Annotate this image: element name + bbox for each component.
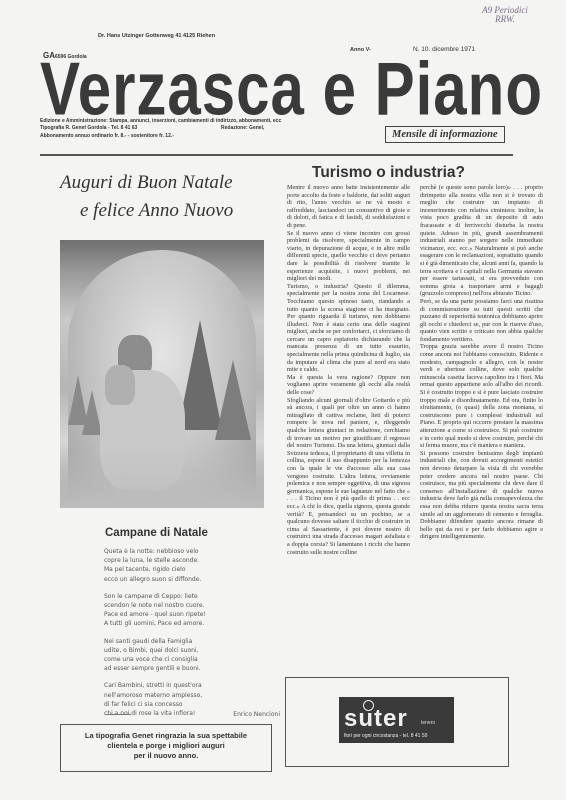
poem-line: nell'amoroso materno amplesso,: [104, 692, 202, 699]
poem-line: A tutti gli uomini, Pace ed amore.: [104, 620, 204, 627]
subtitle-box: Mensile di informazione: [385, 126, 505, 143]
article-column-2: perchè (e queste sono parole loro)» . . …: [420, 184, 543, 672]
tree-icon: [215, 360, 251, 440]
annotation-line2: RRW.: [470, 15, 540, 24]
thanks-line: per il nuovo anno.: [61, 751, 271, 761]
poem-line: copre la luna, le stelle asconde.: [104, 557, 199, 564]
article-paragraph: perchè (e queste sono parole loro)» . . …: [420, 184, 543, 298]
subscription-info: Abbonamento annuo ordinario fr. 8.- - so…: [40, 133, 174, 139]
suter-ad[interactable]: suter tenero fiori per ogni circostanza …: [339, 697, 454, 743]
poem-author: Enrico Nencioni: [200, 710, 280, 719]
poem-stanza: Queta è la notte: nebbioso velo copre la…: [104, 547, 274, 584]
thanks-box: La tipografia Genet ringrazia la sua spe…: [60, 724, 272, 772]
tree-icon: [82, 390, 102, 435]
snow-ground: [60, 448, 264, 508]
printer-info: Tipografia R. Genet Gordola - Tel. 8 41 …: [40, 125, 137, 131]
thanks-line: La tipografia Genet ringrazia la sua spe…: [61, 731, 271, 741]
poem-line: Son le campane di Ceppo: liete: [104, 593, 198, 600]
poem-line: di far felici ci sia concesso: [104, 701, 183, 708]
ad-tagline: fiori per ogni circostanza - tel. 8 41 5…: [344, 733, 427, 739]
poem-line: Nei santi gaudi della Famiglia: [104, 638, 192, 645]
poem-line: come una voce che ci consiglia: [104, 656, 198, 663]
poem-line: Cari Bambini, stretti in quest'ora: [104, 682, 202, 689]
article-title: Turismo o industria?: [312, 164, 465, 182]
poem-line: ecco un allegro suon si diffonde.: [104, 576, 201, 583]
publisher-info-line: Edizione e Amministrazione: Stampa, annu…: [40, 118, 281, 124]
article-paragraph: Però, se da una parte possiamo farci una…: [420, 298, 543, 344]
poem-line: Pace ed amore - quel suon ripete!: [104, 611, 206, 618]
article-paragraph: Turismo, o industria? Questo il dilemma,…: [287, 283, 410, 374]
recipient-address: Dr. Hans Utzinger Gottenweg 41 4125 Rieh…: [98, 33, 215, 39]
article-paragraph: Si possono costruire benissimo degli imp…: [420, 450, 543, 541]
article-paragraph: Ma è questa la vera ragione? Oppure non …: [287, 374, 410, 397]
greeting-line2: e felice Anno Nuovo: [80, 200, 233, 222]
article-paragraph: Mentre il nuovo anno batte insistentemen…: [287, 184, 410, 230]
advertisement-box: suter tenero fiori per ogni circostanza …: [285, 677, 509, 767]
masthead-title: Verzasca e Piano: [40, 52, 543, 127]
poem-line: ad esser sempre gentili e buoni.: [104, 665, 201, 672]
poem-line: udite, o Bimbi, quei dolci suoni,: [104, 647, 199, 654]
child-figure: [105, 365, 135, 405]
madonna-with-child-illustration-icon: [60, 240, 264, 508]
thanks-line: clientela e porge i migliori auguri: [61, 741, 271, 751]
poem-body: Queta è la notte: nebbioso velo copre la…: [104, 547, 274, 718]
poem-line: Queta è la notte: nebbioso velo: [104, 548, 199, 555]
poem-stanza: Nei santi gaudi della Famiglia udite, o …: [104, 637, 274, 674]
poem-stanza: Son le campane di Ceppo: liete scendon l…: [104, 592, 274, 629]
article-paragraph: Sfogliando alcuni giornali d'oltre Gotta…: [287, 397, 410, 556]
editorial-info: Redazione: Genel,: [221, 125, 264, 131]
thanks-text: La tipografia Genet ringrazia la sua spe…: [61, 731, 271, 761]
handwritten-annotation: A9 Periodici RRW.: [470, 6, 540, 24]
greeting-line1: Auguri di Buon Natale: [60, 172, 233, 194]
poem-line: Ma pel tacente, rigido cielo: [104, 566, 186, 573]
header-divider: [40, 154, 513, 156]
poem-rule: [105, 714, 131, 715]
poem-line: scendon le note nel nostro cuore.: [104, 602, 204, 609]
ad-location: tenero: [421, 720, 435, 726]
poem-title: Campane di Natale: [105, 527, 208, 539]
article-paragraph: Troppa grazia sarebbe avere il nostro Ti…: [420, 343, 543, 449]
article-paragraph: Se il nuovo anno ci viene incontro con g…: [287, 230, 410, 283]
article-column-1: Mentre il nuovo anno batte insistentemen…: [287, 184, 410, 672]
ad-brand: suter: [344, 707, 408, 731]
